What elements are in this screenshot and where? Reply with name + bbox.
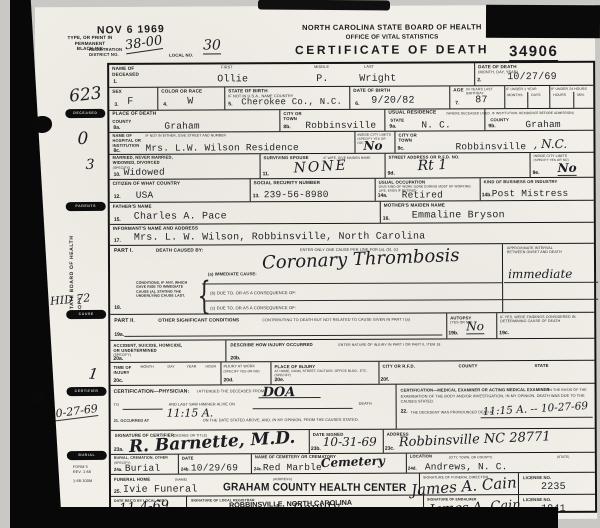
- street-value: Rt 1: [417, 157, 447, 174]
- race-num: 4.: [163, 103, 167, 108]
- inside-limits-2-value: No: [558, 161, 577, 176]
- time-num: 20c.: [114, 379, 124, 384]
- burial-num: 24a.: [114, 468, 123, 472]
- institution-sub: IF NOT IN EITHER, GIVE STREET AND NUMBER: [145, 133, 226, 138]
- city-num: 8b.: [283, 125, 290, 130]
- dod-num: 2.: [477, 78, 481, 83]
- col-first-label: FIRST: [221, 65, 232, 70]
- margin-handwriting-hid: HID 72: [50, 291, 91, 308]
- res-city-hand-value: , N.C.: [533, 137, 567, 151]
- part2-label: PART II.: [114, 318, 135, 324]
- scan-black-top-smudge: [258, 0, 390, 10]
- occupation-value: Retired: [402, 190, 443, 200]
- under1-days-label: DAYS: [531, 93, 540, 97]
- spouse-value: NONE: [293, 157, 348, 176]
- occurred-label: 21. OCCURRED AT: [114, 419, 149, 424]
- dob-label: DATE OF BIRTH: [353, 88, 390, 94]
- city-label: CITY ORTOWN: [283, 111, 301, 121]
- mother-label: MOTHER'S MAIDEN NAME: [384, 202, 445, 208]
- part2-line: [124, 334, 442, 336]
- funeral-home-value: Ivie Funeral: [123, 486, 197, 496]
- row-funeral-home: FUNERAL HOME (NAME) (ADDRESS) 25. Ivie F…: [111, 473, 595, 497]
- caused-by-label: DEATH CAUSED BY:: [156, 247, 203, 253]
- tab-certifier: CERTIFIER: [67, 387, 107, 396]
- citizen-num: 12.: [114, 195, 121, 200]
- cemetery-num: 24c.: [254, 467, 263, 471]
- row-burial: BURIAL, CREMATION, OTHER (SPECIFY) 24a. …: [111, 453, 595, 475]
- due-c-label: (c) DUE TO, OR AS A CONSEQUENCE OF:: [210, 305, 296, 311]
- med-note1: ON THE BASIS OF THE: [547, 387, 587, 392]
- birth-state-value: Cherokee Co., N.C.: [241, 98, 342, 107]
- county-num: 8a.: [113, 126, 120, 131]
- residence-header: USUAL RESIDENCE: [388, 110, 436, 116]
- age-label: AGE: [453, 87, 463, 93]
- informant-label: INFORMANT'S NAME AND ADDRESS: [113, 226, 198, 232]
- date-signed-num: 23b.: [311, 447, 321, 452]
- location-label: LOCATION: [410, 454, 432, 459]
- institution-value: Mrs. L.W. Wilson Residence: [145, 143, 298, 153]
- institution-label: NAME OFHOSPITAL ORINSTITUTION: [112, 134, 141, 149]
- cause-num: 18.: [114, 306, 121, 311]
- due-b-label: (b) DUE TO, OR AS A CONSEQUENCE OF:: [210, 290, 296, 296]
- place-of-death-header: PLACE OF DEATH: [112, 112, 156, 118]
- burial-date-value: 10/29/69: [191, 463, 238, 473]
- local-no-value: 30: [203, 37, 221, 54]
- father-value: Charles A. Pace: [134, 212, 227, 222]
- interval-label: APPROXIMATE INTERVALBETWEEN ONSET AND DE…: [507, 246, 597, 255]
- res-county-value: Graham: [525, 120, 560, 130]
- inside-limits-1-value: No: [363, 139, 382, 153]
- work-sub: (SPECIFY YES OR NO): [223, 369, 259, 373]
- immediate-cause-label: (a) IMMEDIATE CAUSE:: [208, 271, 257, 276]
- interval-line: [504, 282, 598, 283]
- col-middle-label: MIDDLE: [314, 65, 329, 70]
- name-num: 1.: [113, 80, 117, 85]
- physician-line2c: DEATH: [359, 402, 372, 407]
- describe-num: 20b.: [230, 356, 240, 361]
- describe-label: DESCRIBE HOW INJURY OCCURRED: [230, 342, 313, 348]
- birth-state-num: 5.: [228, 102, 232, 107]
- hour-label: HOUR: [205, 364, 216, 368]
- address-num: 23c.: [385, 447, 395, 452]
- citizen-value: USA: [136, 191, 154, 201]
- spouse-num: 11.: [263, 172, 270, 177]
- row-accident: ACCIDENT, SUICIDE, HOMICIDE,OR UNDETERMI…: [110, 339, 594, 363]
- form-print-run: 1-68-100M: [73, 479, 92, 484]
- year-label: YEAR: [186, 365, 196, 369]
- under1-divider: [527, 92, 528, 108]
- certificate-number: 34906: [509, 43, 558, 62]
- license1-value: 2235: [541, 483, 566, 493]
- license1-label: LICENSE NO.: [523, 475, 551, 480]
- informant-num: 17.: [114, 239, 121, 244]
- medical-examiner-title: CERTIFICATION—MEDICAL EXAMINER OR ACTING…: [401, 387, 550, 393]
- form-body: NAME OFDECEASED 1. FIRST MIDDLE LAST Oll…: [107, 61, 597, 515]
- first-name-value: Ollie: [217, 75, 248, 85]
- location-value: Andrews, N. C.: [425, 462, 508, 472]
- dob-value: 9/20/82: [371, 97, 414, 107]
- dod-label: DATE OF DEATH: [478, 64, 517, 70]
- place-of-injury-sub: AT HOME, FARM, STREET, FACTORY, OFFICE B…: [274, 369, 374, 377]
- under24-hours-label: HOURS: [553, 93, 566, 97]
- interval-value: immediate: [508, 267, 572, 281]
- father-label: FATHER'S NAME: [113, 204, 152, 210]
- signature-num: 23a.: [114, 448, 124, 453]
- cemetery-value: Red Marble: [263, 463, 322, 473]
- under1-months-label: MONTHS: [507, 93, 522, 97]
- findings-num: 19c.: [499, 331, 509, 336]
- part2-title: OTHER SIGNIFICANT CONDITIONS: [158, 317, 239, 323]
- pronounced-line: [481, 417, 593, 418]
- marital-label: MARRIED, NEVER MARRIED,WIDOWED, DIVORCED: [113, 156, 173, 166]
- row-signature: SIGNATURE OF CERTIFIER (DEGREE OR TITLE)…: [111, 429, 595, 455]
- month-label: MONTH: [140, 365, 153, 369]
- ssn-value: 239-56-8980: [264, 190, 329, 200]
- certificate-paper: TYPE, OR PRINT IN PERMANENT BLACK INK 62…: [35, 5, 597, 521]
- res-state-label: STATE: [390, 118, 404, 123]
- under24-divider: [573, 92, 574, 108]
- attended-from-line: [259, 397, 321, 398]
- burial-date-label: DATE: [182, 456, 194, 461]
- row-institution: NAME OFHOSPITAL ORINSTITUTION IF NOT IN …: [109, 131, 593, 155]
- row-name: NAME OFDECEASED 1. FIRST MIDDLE LAST Oll…: [109, 63, 593, 88]
- res-city-value: Robbinsville: [455, 142, 526, 152]
- name-label: NAME OFDECEASED: [112, 66, 139, 77]
- row-cause-part1: PART I. DEATH CAUSED BY: ENTER ONLY ONE …: [110, 244, 594, 315]
- findings-label: IF YES, WERE FINDINGS CONSIDERED INDETER…: [500, 315, 575, 324]
- dod-value: 10/27/69: [507, 73, 557, 83]
- burial-value: Burial: [125, 464, 160, 474]
- physician-line3: ON THE DATE STATED ABOVE, AND, IN MY OPI…: [203, 418, 359, 423]
- punch-hole-top: [32, 116, 52, 133]
- to-line: [123, 409, 163, 410]
- part2-num: 19a.: [114, 333, 124, 338]
- physician-line1: I ATTENDED THE DECEASED FROM: [197, 389, 265, 394]
- ssn-num: 13.: [253, 194, 260, 199]
- location-num: 24d.: [408, 467, 417, 471]
- marital-num: 10.: [114, 173, 121, 178]
- marital-value: Widowed: [124, 168, 165, 178]
- conditions-bracket: {: [197, 273, 210, 317]
- loc-city-label: CITY OR R.F.D.: [382, 364, 415, 369]
- business-label: KIND OF BUSINESS OR INDUSTRY: [484, 179, 558, 184]
- institution-num: 8c.: [114, 149, 121, 154]
- mother-value: Emmaline Bryson: [412, 211, 505, 221]
- license2-label: LICENSE NO.: [523, 497, 551, 502]
- tab-deceased: DECEASED: [65, 109, 105, 118]
- res-state-num: 9a.: [389, 125, 396, 130]
- loc-state-label: STATE: [534, 363, 548, 368]
- time-of-injury-label: TIME OFINJURY: [113, 365, 131, 375]
- res-county-label: COUNTY: [490, 117, 509, 122]
- age-value: 87: [475, 96, 487, 106]
- death-certificate-scan: { "header":{ "date_stamp":"NOV 6 1969", …: [0, 0, 600, 528]
- row-cause-part2: PART II. OTHER SIGNIFICANT CONDITIONS CO…: [110, 313, 594, 341]
- age-num: 7.: [455, 101, 459, 106]
- accident-num: 20a.: [113, 357, 123, 362]
- cemetery-hand-value: Cemetery: [321, 454, 386, 471]
- district-no-label: REGISTRATIONDISTRICT NO.: [89, 47, 122, 57]
- dob-num: 6.: [355, 102, 359, 107]
- county-label: COUNTY: [112, 118, 131, 123]
- row-place-of-death: PLACE OF DEATH COUNTY 8a. Graham CITY OR…: [109, 109, 593, 133]
- funeral-home-label: FUNERAL HOME: [114, 477, 150, 482]
- conditions-note: CONDITIONS, IF ANY, WHICH GAVE RISE TO I…: [136, 281, 196, 299]
- part1-label: PART I.: [114, 248, 133, 254]
- work-label: INJURY AT WORK: [223, 364, 255, 369]
- local-no-label: LOCAL NO.: [169, 53, 193, 58]
- work-num: 20d.: [224, 378, 234, 383]
- location-sub1: (CITY, TOWN, OR COUNTY): [449, 455, 493, 459]
- res-county-num: 9b.: [488, 124, 495, 129]
- res-city-num: 9c.: [397, 147, 404, 152]
- tab-cause: CAUSE: [66, 310, 106, 319]
- row-parents: FATHER'S NAME 15. Charles A. Pace MOTHER…: [110, 201, 594, 225]
- cause-a-line: [202, 282, 502, 284]
- scan-black-bottom-edge: [10, 507, 558, 528]
- funeral-num: 25.: [114, 490, 121, 495]
- under24-label: IF UNDER 24 HOURS: [551, 87, 587, 91]
- row-informant: INFORMANT'S NAME AND ADDRESS 17. Mrs. L.…: [110, 223, 594, 246]
- col-last-label: LAST: [364, 65, 374, 70]
- father-num: 15.: [114, 218, 121, 223]
- pronounced-num: 22.: [401, 410, 408, 415]
- autopsy-value: No: [466, 319, 484, 334]
- address-value: Robbinsville NC 28771: [399, 429, 551, 450]
- immediate-cause-value: Coronary Thrombosis: [262, 245, 460, 274]
- margin-handwriting-0: 0: [77, 129, 88, 149]
- under1-label: IF UNDER 1 YEAR: [506, 87, 536, 91]
- res-state-value: N. C.: [421, 120, 451, 130]
- last-name-value: Wright: [359, 75, 396, 85]
- district-no-value: 38-00: [124, 33, 163, 54]
- part2-note: CONTRIBUTING TO DEATH BUT NOT RELATED TO…: [262, 317, 410, 322]
- inside-limits-2-num: 9e.: [533, 171, 540, 176]
- health-center-stamp-line1: GRAHAM COUNTY HEALTH CENTER: [223, 481, 406, 494]
- citizen-label: CITIZEN OF WHAT COUNTRY: [113, 181, 181, 187]
- middle-name-value: P.: [316, 75, 328, 85]
- occupation-num: 14a.: [378, 194, 388, 199]
- location-sub2: (STATE): [557, 454, 570, 458]
- informant-value: Mrs. L. W. Wilson, Robbinsville, North C…: [134, 233, 425, 244]
- scan-black-top-right: [486, 5, 600, 39]
- burial-date-num: 24b.: [181, 468, 190, 472]
- margin-handwriting-1: 1: [87, 364, 99, 383]
- margin-handwriting-date: 10-27-69: [48, 402, 99, 422]
- mother-num: 16.: [383, 217, 390, 222]
- sex-label: SEX: [112, 89, 122, 95]
- row-citizen: CITIZEN OF WHAT COUNTRY 12. USA SOCIAL S…: [110, 178, 594, 203]
- punch-hole-bottom: [28, 390, 46, 405]
- tab-parents: PARENTS: [66, 202, 106, 211]
- sex-value: F: [127, 98, 133, 108]
- form-number: FORM 5REV. 1-68: [73, 465, 91, 475]
- race-value: W: [187, 98, 193, 108]
- margin-handwriting-623: 623: [68, 83, 102, 106]
- date-signed-value: 10-31-69: [323, 435, 377, 449]
- place-num: 20e.: [275, 378, 285, 383]
- margin-handwriting-3: 3: [86, 157, 95, 173]
- business-value: Post Mistress: [492, 189, 569, 199]
- residence-sub: (WHERE DECEASED LIVED. IF INSTITUTION: R…: [446, 110, 596, 115]
- loc-county-label: COUNTY: [458, 363, 477, 368]
- county-value: Graham: [164, 122, 199, 132]
- ssn-label: SOCIAL SECURITY NUMBER: [254, 180, 320, 186]
- loc-num: 20f.: [381, 378, 390, 383]
- physician-line2a: TO: [114, 403, 119, 408]
- row-certification: CERTIFICATION—PHYSICIAN: I ATTENDED THE …: [111, 384, 595, 431]
- last-seen-line: [253, 408, 353, 409]
- day-label: DAY: [167, 365, 174, 369]
- street-num: 9d.: [388, 172, 395, 177]
- business-num: 14b.: [482, 193, 492, 198]
- certificate-title: CERTIFICATE OF DEATH: [257, 42, 527, 58]
- row-vitals: SEX 3. F COLOR OR RACE 4. W STATE OF BIR…: [109, 86, 593, 111]
- tab-burial: BURIAL: [67, 451, 107, 460]
- cause-b-line: [204, 299, 598, 302]
- funeral-address-sub: (ADDRESS): [273, 477, 292, 481]
- autopsy-num: 19b.: [448, 331, 458, 336]
- row-marital: MARRIED, NEVER MARRIED,WIDOWED, DIVORCED…: [110, 153, 594, 180]
- sex-num: 3.: [114, 103, 118, 108]
- city-value: Robbinsville: [305, 121, 376, 131]
- describe-note: ENTER NATURE OF INJURY IN PART I OR PART…: [338, 342, 440, 347]
- physician-cert-title: CERTIFICATION—PHYSICIAN:: [114, 389, 190, 395]
- res-city-label: CITY ORTOWN: [398, 133, 416, 143]
- race-label: COLOR OR RACE: [161, 88, 202, 94]
- row-injury-details: TIME OFINJURY MONTH DAY YEAR HOUR 20c. I…: [110, 361, 594, 386]
- funeral-name-sub: (NAME): [175, 477, 187, 481]
- under24-min-label: MIN.: [577, 93, 585, 97]
